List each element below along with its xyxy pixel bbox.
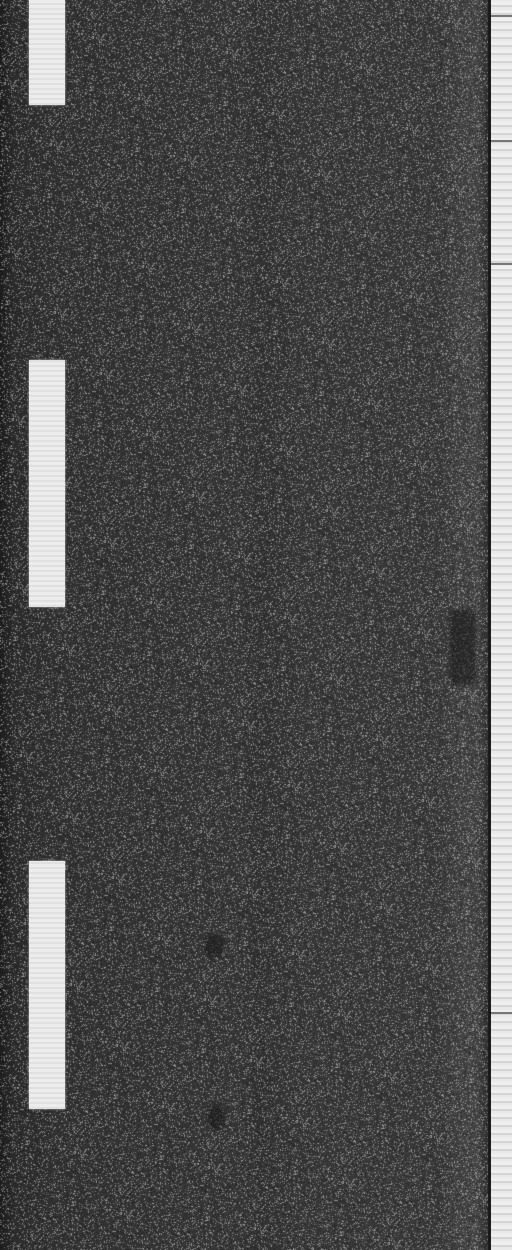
lane-marking-dash: [29, 360, 65, 607]
curb-joint: [491, 140, 512, 142]
concrete-curb: [491, 0, 512, 1250]
asphalt-texture: [0, 0, 490, 1250]
curb-joint: [491, 1012, 512, 1014]
surface-stain: [205, 935, 223, 957]
surface-stain: [450, 610, 476, 685]
lane-marking-dash: [29, 0, 65, 105]
lane-marking-dash: [29, 861, 65, 1109]
road-surface-image: [0, 0, 512, 1250]
curb-joint: [491, 15, 512, 17]
curb-joint: [491, 263, 512, 265]
surface-stain: [208, 1105, 224, 1129]
